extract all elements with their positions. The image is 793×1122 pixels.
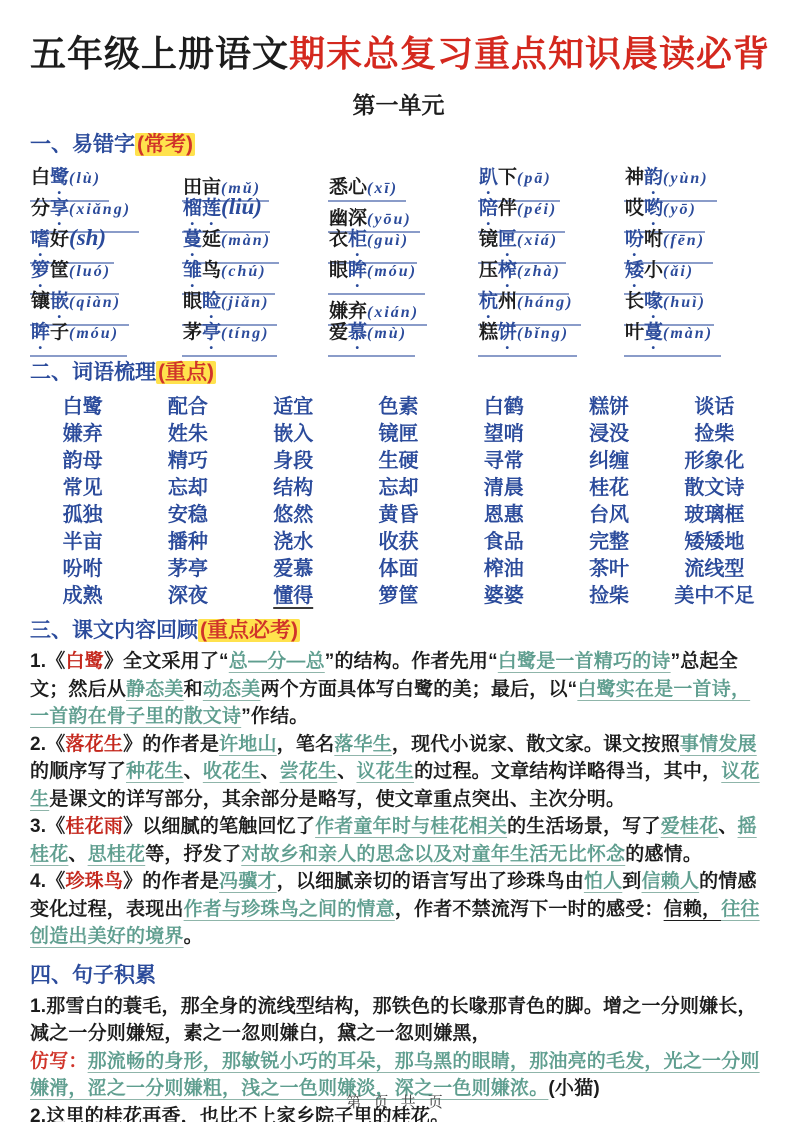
section4-heading: 四、句子积累 — [30, 959, 767, 989]
text-segment: 白鹭 — [65, 651, 103, 672]
ciyu-cell: 食品 — [451, 525, 556, 554]
ciyu-cell: 忘却 — [346, 471, 451, 500]
text-segment: 作者与珍珠鸟之间的情意 — [184, 899, 395, 920]
pinyin-label: (tíng) — [221, 325, 269, 342]
hanzi-char: 柜 — [348, 229, 367, 250]
pinyin-label: (móu) — [367, 263, 417, 280]
text-segment: 3.《 — [30, 816, 65, 837]
section3-heading: 三、课文内容回顾(重点必考) — [30, 614, 767, 644]
pinyin-label: (sh) — [69, 225, 106, 250]
cuozi-cell: 眸子(móu) — [30, 317, 182, 357]
ciyu-cell: 散文诗 — [662, 471, 767, 500]
pinyin-label: (lù) — [69, 170, 101, 187]
hanzi-char: 镜 — [479, 229, 498, 250]
hanzi-char: 分 — [31, 198, 50, 219]
text-segment: 和 — [184, 679, 203, 700]
ciyu-row: 常见忘却结构忘却清晨桂花散文诗 — [30, 471, 767, 498]
text-segment: 落华生 — [334, 734, 392, 755]
ciyu-cell: 嵌入 — [241, 417, 346, 446]
ciyu-cell: 生硬 — [346, 444, 451, 473]
text-segment: 信赖人 — [642, 871, 700, 892]
unit-heading: 第一单元 — [30, 87, 767, 120]
ciyu-cell: 安稳 — [135, 498, 240, 527]
hanzi-char: 榴 — [183, 198, 202, 219]
pinyin-label: (yō) — [663, 201, 697, 218]
ciyu-row: 嫌弃姓朱嵌入镜匣望哨浸没捡柴 — [30, 417, 767, 444]
text-segment: 、 — [184, 761, 203, 782]
ciyu-cell: 恩惠 — [451, 498, 556, 527]
pinyin-label: (huì) — [663, 294, 706, 311]
ciyu-cell: 孤独 — [30, 498, 135, 527]
hanzi-char: 下 — [498, 167, 517, 188]
text-segment: 两个方面具体写白鹭的美；最后，以“ — [260, 679, 577, 700]
section3-tag: (重点必考) — [198, 619, 300, 642]
ciyu-cell: 箩筐 — [346, 579, 451, 608]
hanzi-char: 睑 — [202, 291, 221, 312]
text-segment: ，笔名 — [277, 734, 335, 755]
hanzi-char: 爱 — [329, 322, 348, 343]
cuozi-cell: 眼眸(móu) — [328, 255, 478, 295]
ciyu-cell: 婆婆 — [451, 579, 556, 608]
ciyu-cell: 榨油 — [451, 552, 556, 581]
text-segment: 》的作者是 — [123, 734, 219, 755]
ciyu-cell: 台风 — [556, 498, 661, 527]
text-segment: 2.《 — [30, 734, 65, 755]
cuozi-cell: 茅亭(tíng) — [182, 317, 328, 357]
text-segment: 落花生 — [65, 734, 123, 755]
ciyu-cell: 黄昏 — [346, 498, 451, 527]
ciyu-cell: 适宜 — [241, 390, 346, 419]
ciyu-cell: 寻常 — [451, 444, 556, 473]
ciyu-cell: 懂得 — [241, 579, 346, 608]
ciyu-cell: 常见 — [30, 471, 135, 500]
ciyu-cell: 流线型 — [662, 552, 767, 581]
text-segment: ”的结构。作者先用“ — [325, 651, 498, 672]
pinyin-label: (péi) — [517, 201, 557, 218]
hanzi-char: 糕 — [479, 322, 498, 343]
hanzi-char: 饼 — [498, 322, 517, 343]
hanzi-char: 压 — [479, 260, 498, 281]
hanzi-char: 莲 — [202, 198, 221, 219]
lesson-review-item: 1.《白鹭》全文采用了“总—分—总”的结构。作者先用“白鹭是一首精巧的诗”总起全… — [30, 648, 767, 731]
yicuozi-grid: 白鹭(lù)田亩(mǔ)悉心(xī)趴下(pā)神韵(yùn)分享(xiǎng)… — [30, 162, 767, 348]
ciyu-cell: 忘却 — [135, 471, 240, 500]
hanzi-char: 榨 — [498, 260, 517, 281]
ciyu-row: 白鹭配合适宜色素白鹤糕饼谈话 — [30, 390, 767, 417]
pinyin-label: (chú) — [221, 263, 267, 280]
cuozi-row: 箩筐(luó)雏鸟(chú)眼眸(móu)压榨(zhà)矮小(ǎi) — [30, 255, 767, 286]
text-segment: 到 — [622, 871, 641, 892]
ciyu-cell: 捡柴 — [556, 579, 661, 608]
pinyin-label: (xī) — [367, 180, 398, 197]
text-segment: ，以细腻亲切的语言写出了珍珠鸟由 — [277, 871, 584, 892]
ciyu-row: 韵母精巧身段生硬寻常纠缠形象化 — [30, 444, 767, 471]
hanzi-char: 匣 — [498, 229, 517, 250]
hanzi-char: 鸟 — [202, 260, 221, 281]
text-segment: 珍珠鸟 — [65, 871, 123, 892]
ciyu-cell: 完整 — [556, 525, 661, 554]
pinyin-label: (xiá) — [517, 232, 558, 249]
pinyin-label: (móu) — [69, 325, 119, 342]
ciyu-cell: 糕饼 — [556, 390, 661, 419]
section2-heading: 二、词语梳理(重点) — [30, 356, 767, 386]
pinyin-label: (yùn) — [663, 170, 709, 187]
text-segment: 思桂花 — [88, 844, 146, 865]
hanzi-char: 衣 — [329, 229, 348, 250]
ciyu-cell: 纠缠 — [556, 444, 661, 473]
ciyu-cell: 桂花 — [556, 471, 661, 500]
cuozi-row: 嗜好(sh)蔓延(màn)衣柜(guì)镜匣(xiá)吩咐(fēn) — [30, 224, 767, 255]
sentence-item: 1.那雪白的蓑毛，那全身的流线型结构，那铁色的长喙那青色的脚。增之一分则嫌长，减… — [30, 993, 767, 1048]
hanzi-char: 嵌 — [50, 291, 69, 312]
page-title-black: 五年级上册语文 — [30, 33, 289, 74]
lesson-review-item: 2.《落花生》的作者是许地山，笔名落华生，现代小说家、散文家。课文按照事情发展的… — [30, 731, 767, 814]
cuozi-cell: 悉心(xī) — [328, 172, 478, 202]
pinyin-label: (ǎi) — [663, 263, 694, 280]
hanzi-char: 喙 — [644, 291, 663, 312]
text-segment: 的生活场景，写了 — [507, 816, 661, 837]
ciyu-cell: 姓朱 — [135, 417, 240, 446]
hanzi-char: 亭 — [202, 322, 221, 343]
text-segment: 的感情。 — [625, 844, 702, 865]
text-segment: 、 — [68, 844, 87, 865]
hanzi-char: 箩 — [31, 260, 50, 281]
hanzi-char: 享 — [50, 198, 69, 219]
text-segment: 白鹭是一首精巧的诗 — [498, 651, 671, 672]
pinyin-label: (háng) — [517, 294, 573, 311]
ciyu-cell: 爱慕 — [241, 552, 346, 581]
ciyu-cell: 嫌弃 — [30, 417, 135, 446]
ciyu-cell: 结构 — [241, 471, 346, 500]
text-segment: 》以细腻的笔触回忆了 — [123, 816, 315, 837]
hanzi-char: 杭 — [479, 291, 498, 312]
text-segment: 动态美 — [203, 679, 261, 700]
ciyu-row: 吩咐茅亭爱慕体面榨油茶叶流线型 — [30, 552, 767, 579]
text-segment: ，现代小说家、散文家。课文按照 — [392, 734, 680, 755]
text-segment: 、 — [260, 761, 279, 782]
cuozi-row: 白鹭(lù)田亩(mǔ)悉心(xī)趴下(pā)神韵(yùn) — [30, 162, 767, 193]
pinyin-label: (fēn) — [663, 232, 705, 249]
ciyu-cell: 美中不足 — [662, 579, 767, 608]
ciyu-cell: 身段 — [241, 444, 346, 473]
section1-heading: 一、易错字(常考) — [30, 128, 767, 158]
hanzi-char: 陪 — [479, 198, 498, 219]
section2-tag: (重点) — [156, 361, 216, 384]
hanzi-char: 眸 — [348, 260, 367, 281]
ciyu-cell: 半亩 — [30, 525, 135, 554]
section4-heading-text: 四、句子积累 — [30, 964, 156, 987]
pinyin-label: (qiàn) — [69, 294, 121, 311]
ciyu-cell: 深夜 — [135, 579, 240, 608]
ciyu-cell: 镜匣 — [346, 417, 451, 446]
hanzi-char: 雏 — [183, 260, 202, 281]
text-segment: 》的作者是 — [123, 871, 219, 892]
lesson-review-item: 3.《桂花雨》以细腻的笔触回忆了作者童年时与桂花相关的生活场景，写了爱桂花、摇桂… — [30, 813, 767, 868]
ciyu-cell: 清晨 — [451, 471, 556, 500]
ciyu-cell: 白鹭 — [30, 390, 135, 419]
pinyin-label: (mù) — [367, 325, 407, 342]
text-segment: 仿写： — [30, 1051, 88, 1072]
text-segment: 冯骥才 — [219, 871, 277, 892]
text-segment: 桂花雨 — [65, 816, 123, 837]
hanzi-char: 趴 — [479, 167, 498, 188]
hanzi-char: 吩 — [625, 229, 644, 250]
text-segment: 等，抒发了 — [145, 844, 241, 865]
ciyu-row: 成熟深夜懂得箩筐婆婆捡柴美中不足 — [30, 579, 767, 606]
ciyu-cell: 播种 — [135, 525, 240, 554]
section1-tag: (常考) — [135, 133, 195, 156]
ciyu-cell: 浸没 — [556, 417, 661, 446]
hanzi-char: 嗜 — [31, 229, 50, 250]
text-segment: ，作者不禁流泻下一时的感受： — [395, 899, 664, 920]
section3-heading-text: 三、课文内容回顾 — [30, 619, 198, 642]
worksheet-page: 五年级上册语文期末总复习重点知识晨读必背 第一单元 一、易错字(常考) 白鹭(l… — [0, 0, 793, 1122]
page-footer: 第 页 共 页 — [0, 1091, 793, 1112]
hanzi-char: 眸 — [31, 322, 50, 343]
page-title-red: 期末总复习重点知识晨读必背 — [289, 33, 770, 74]
pinyin-label: (zhà) — [517, 263, 561, 280]
hanzi-char: 白 — [31, 167, 50, 188]
hanzi-char: 心 — [348, 177, 367, 198]
text-segment: 爱桂花 — [661, 816, 719, 837]
text-segment: 是课文的详写部分，其余部分是略写，使文章重点突出、主次分明。 — [49, 789, 625, 810]
hanzi-char: 咐 — [644, 229, 663, 250]
text-segment: 》全文采用了“ — [104, 651, 229, 672]
ciyu-cell: 韵母 — [30, 444, 135, 473]
hanzi-char: 蔓 — [183, 229, 202, 250]
ciyu-cell: 收获 — [346, 525, 451, 554]
pinyin-label: (pā) — [517, 170, 552, 187]
text-segment: ”作结。 — [241, 706, 308, 727]
section3-paragraphs: 1.《白鹭》全文采用了“总—分—总”的结构。作者先用“白鹭是一首精巧的诗”总起全… — [30, 648, 767, 951]
text-segment: 静态美 — [126, 679, 184, 700]
ciyu-row: 半亩播种浇水收获食品完整矮矮地 — [30, 525, 767, 552]
hanzi-char: 好 — [50, 229, 69, 250]
pinyin-label: (guì) — [367, 232, 409, 249]
text-segment: 1.那雪白的蓑毛，那全身的流线型结构，那铁色的长喙那青色的脚。增之一分则嫌长，减… — [30, 996, 757, 1045]
lesson-review-item: 4.《珍珠鸟》的作者是冯骥才，以细腻亲切的语言写出了珍珠鸟由怕人到信赖人的情感变… — [30, 868, 767, 951]
ciyu-cell: 白鹤 — [451, 390, 556, 419]
text-segment: 、 — [337, 761, 356, 782]
text-segment: 。 — [184, 926, 203, 947]
pinyin-label: (jiǎn) — [221, 294, 269, 311]
ciyu-cell: 矮矮地 — [662, 525, 767, 554]
text-segment: 总—分—总 — [229, 651, 325, 672]
text-segment: 尝花生 — [280, 761, 338, 782]
text-segment: 、 — [718, 816, 737, 837]
pinyin-label: (màn) — [221, 232, 271, 249]
ciyu-row: 孤独安稳悠然黄昏恩惠台风玻璃框 — [30, 498, 767, 525]
text-segment: 1.《 — [30, 651, 65, 672]
hanzi-char: 延 — [202, 229, 221, 250]
pinyin-label: (luó) — [69, 263, 111, 280]
text-segment: 作者童年时与桂花相关 — [315, 816, 507, 837]
pinyin-label: (bǐng) — [517, 325, 569, 342]
text-segment: 事情发展 — [680, 734, 757, 755]
hanzi-char: 蔓 — [644, 322, 663, 343]
ciyu-cell: 精巧 — [135, 444, 240, 473]
hanzi-char: 哎 — [625, 198, 644, 219]
ciyu-grid: 白鹭配合适宜色素白鹤糕饼谈话嫌弃姓朱嵌入镜匣望哨浸没捡柴韵母精巧身段生硬寻常纠缠… — [30, 390, 767, 606]
text-segment: 的过程。文章结构详略得当，其中， — [414, 761, 721, 782]
cuozi-cell: 爱慕(mù) — [328, 317, 478, 357]
text-segment: 种花生 — [126, 761, 184, 782]
hanzi-char: 叶 — [625, 322, 644, 343]
text-segment: 信赖， — [664, 899, 722, 920]
hanzi-char: 矮 — [625, 260, 644, 281]
ciyu-cell: 成熟 — [30, 579, 135, 608]
hanzi-char: 鹭 — [50, 167, 69, 188]
cuozi-row: 眸子(móu)茅亭(tíng)爱慕(mù)糕饼(bǐng)叶蔓(màn) — [30, 317, 767, 348]
text-segment: 收花生 — [203, 761, 261, 782]
text-segment: 的顺序写了 — [30, 761, 126, 782]
ciyu-cell: 茅亭 — [135, 552, 240, 581]
ciyu-cell: 吩咐 — [30, 552, 135, 581]
hanzi-char: 筐 — [50, 260, 69, 281]
hanzi-char: 小 — [644, 260, 663, 281]
hanzi-char: 悉 — [329, 177, 348, 198]
hanzi-char: 慕 — [348, 322, 367, 343]
ciyu-cell: 形象化 — [662, 444, 767, 473]
ciyu-cell: 浇水 — [241, 525, 346, 554]
pinyin-label: (xiǎng) — [69, 201, 131, 218]
hanzi-char: 哟 — [644, 198, 663, 219]
page-title: 五年级上册语文期末总复习重点知识晨读必背 — [30, 26, 767, 77]
hanzi-char: 伴 — [498, 198, 517, 219]
text-segment: 对故乡和亲人的思念以及对童年生活无比怀念 — [241, 844, 625, 865]
hanzi-char: 长 — [625, 291, 644, 312]
pinyin-label: (liú) — [221, 194, 262, 219]
ciyu-cell: 捡柴 — [662, 417, 767, 446]
section2-heading-text: 二、词语梳理 — [30, 361, 156, 384]
section1-heading-text: 一、易错字 — [30, 133, 135, 156]
cuozi-cell: 叶蔓(màn) — [624, 317, 767, 357]
ciyu-cell: 谈话 — [662, 390, 767, 419]
ciyu-cell: 色素 — [346, 390, 451, 419]
hanzi-char: 镶 — [31, 291, 50, 312]
text-segment: 怕人 — [584, 871, 622, 892]
hanzi-char: 子 — [50, 322, 69, 343]
hanzi-char: 茅 — [183, 322, 202, 343]
hanzi-char: 眼 — [329, 260, 348, 281]
hanzi-char: 州 — [498, 291, 517, 312]
ciyu-cell: 悠然 — [241, 498, 346, 527]
hanzi-char: 韵 — [644, 167, 663, 188]
text-segment: 4.《 — [30, 871, 65, 892]
ciyu-cell: 茶叶 — [556, 552, 661, 581]
text-segment: 许地山 — [219, 734, 277, 755]
ciyu-cell: 配合 — [135, 390, 240, 419]
hanzi-char: 神 — [625, 167, 644, 188]
pinyin-label: (màn) — [663, 325, 713, 342]
text-segment: 议花生 — [356, 761, 414, 782]
ciyu-cell: 望哨 — [451, 417, 556, 446]
cuozi-cell: 糕饼(bǐng) — [478, 317, 624, 357]
ciyu-cell: 玻璃框 — [662, 498, 767, 527]
hanzi-char: 眼 — [183, 291, 202, 312]
ciyu-cell: 体面 — [346, 552, 451, 581]
